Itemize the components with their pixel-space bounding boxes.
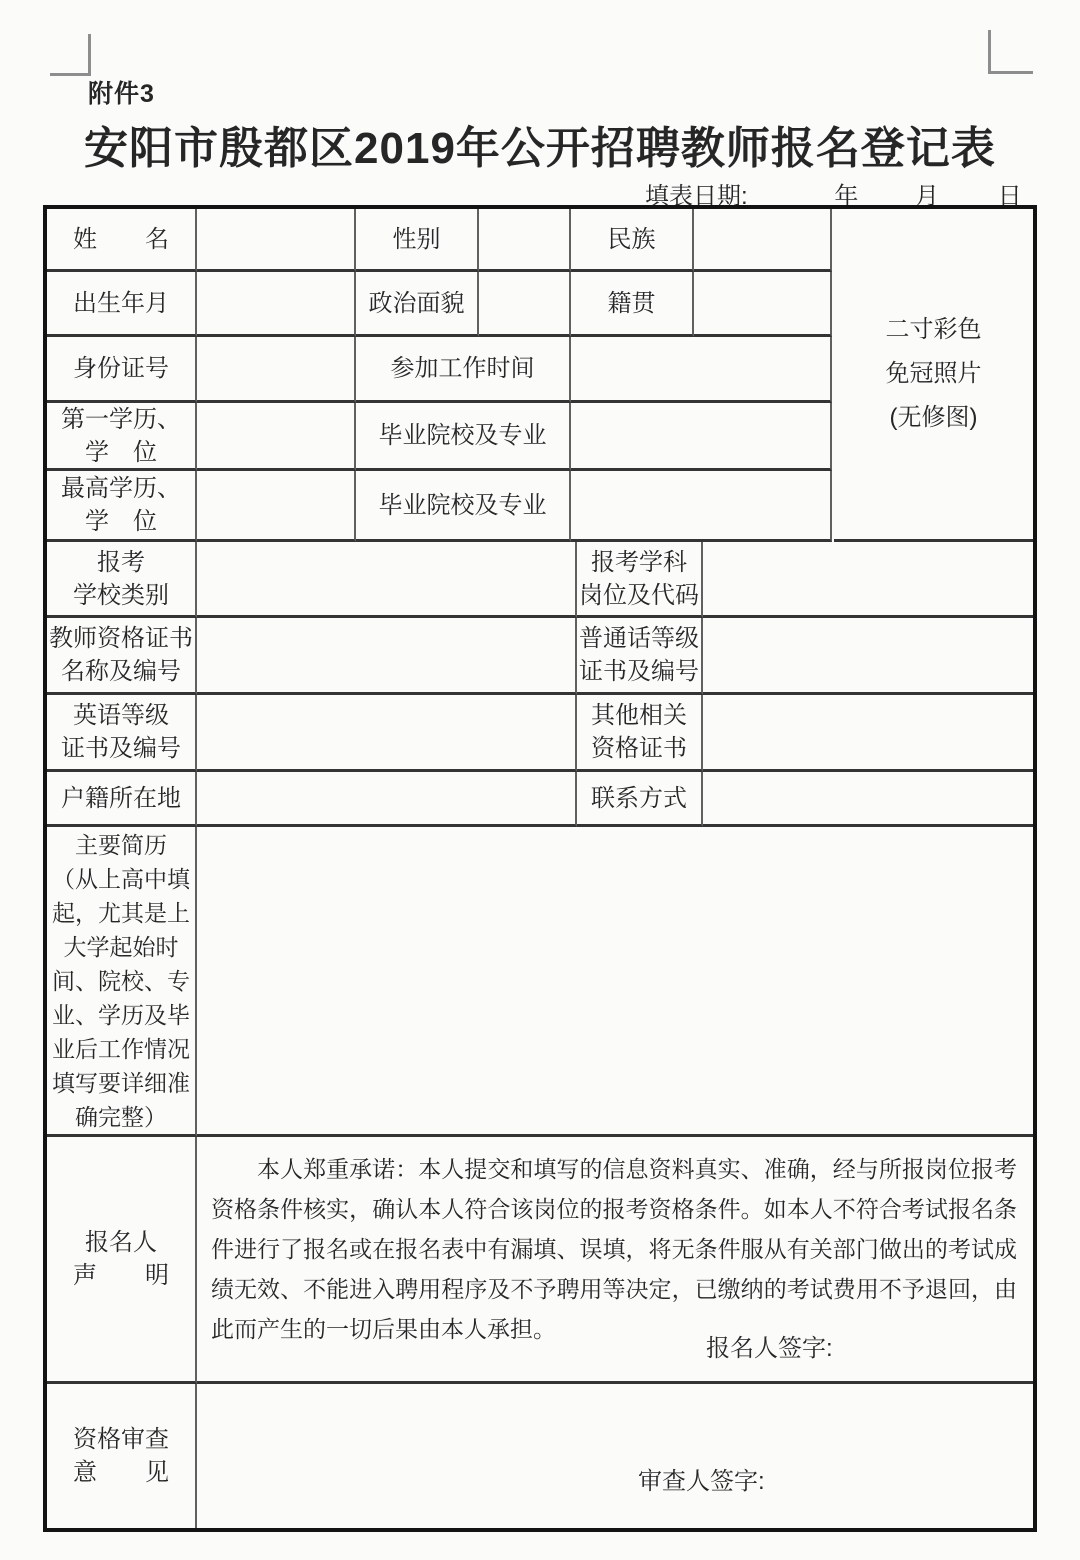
declaration-text: 本人郑重承诺：本人提交和填写的信息资料真实、准确，经与所报岗位报考资格条件核实，…: [211, 1149, 1017, 1349]
field-blank-teacher-cert: [197, 618, 577, 695]
field-blank-highest-school: [571, 471, 832, 542]
row-first-degree: 第一学历、 学 位 毕业院校及专业: [47, 403, 832, 471]
photo-box: 二寸彩色 免冠照片 (无修图): [834, 209, 1033, 542]
crop-mark-top-right-horizontal: [988, 71, 1033, 74]
review-opinion-cell: 审查人签字:: [197, 1384, 1033, 1528]
field-label-residence: 户籍所在地: [47, 772, 197, 827]
row-english-cert: 英语等级 证书及编号 其他相关 资格证书: [47, 695, 1033, 772]
field-blank-first-school: [571, 403, 832, 471]
applicant-signature-label: 报名人签字:: [706, 1332, 833, 1365]
field-label-english-cert: 英语等级 证书及编号: [47, 695, 197, 772]
field-blank-mandarin-cert: [703, 618, 1033, 695]
field-label-other-certs: 其他相关 资格证书: [577, 695, 703, 772]
field-label-first-degree: 第一学历、 学 位: [47, 403, 197, 471]
field-blank-native-place: [694, 272, 832, 337]
field-label-contact: 联系方式: [577, 772, 703, 827]
field-blank-residence: [197, 772, 577, 827]
field-blank-work-start: [571, 337, 832, 403]
row-declaration: 报名人 声 明 本人郑重承诺：本人提交和填写的信息资料真实、准确，经与所报岗位报…: [47, 1137, 1033, 1384]
field-label-gender: 性别: [356, 209, 479, 272]
attachment-label: 附件3: [88, 74, 155, 110]
field-label-mandarin-cert: 普通话等级 证书及编号: [577, 618, 703, 695]
field-label-review-opinion: 资格审查 意 见: [47, 1384, 197, 1528]
field-blank-resume: [197, 827, 1033, 1137]
field-label-resume: 主要简历 （从上高中填 起，尤其是上 大学起始时 间、院校、专 业、学历及毕 业…: [47, 827, 197, 1137]
field-label-highest-school: 毕业院校及专业: [356, 471, 571, 542]
crop-mark-top-left-vertical: [88, 34, 91, 76]
field-blank-ethnicity: [694, 209, 832, 272]
document-page: 附件3 安阳市殷都区2019年公开招聘教师报名登记表 填表日期: 年 月 日 二…: [0, 0, 1080, 1560]
field-label-subject-post-code: 报考学科 岗位及代码: [577, 542, 703, 618]
row-birth-political-native: 出生年月 政治面貌 籍贯: [47, 272, 832, 337]
field-label-ethnicity: 民族: [571, 209, 694, 272]
crop-mark-top-left-horizontal: [50, 73, 91, 76]
field-label-birth-date: 出生年月: [47, 272, 197, 337]
photo-instructions: 二寸彩色 免冠照片 (无修图): [886, 308, 982, 440]
row-name-gender-ethnicity: 姓 名 性别 民族: [47, 209, 832, 272]
row-teacher-cert: 教师资格证书 名称及编号 普通话等级 证书及编号: [47, 618, 1033, 695]
declaration-cell: 本人郑重承诺：本人提交和填写的信息资料真实、准确，经与所报岗位报考资格条件核实，…: [197, 1137, 1033, 1384]
row-review-opinion: 资格审查 意 见 审查人签字:: [47, 1384, 1033, 1528]
field-blank-first-degree: [197, 403, 356, 471]
row-highest-degree: 最高学历、 学 位 毕业院校及专业: [47, 471, 832, 542]
field-label-political-status: 政治面貌: [356, 272, 479, 337]
field-blank-english-cert: [197, 695, 577, 772]
field-blank-school-category: [197, 542, 577, 618]
field-blank-id-number: [197, 337, 356, 403]
field-blank-highest-degree: [197, 471, 356, 542]
field-blank-political-status: [479, 272, 571, 337]
field-label-school-category: 报考 学校类别: [47, 542, 197, 618]
reviewer-signature-label: 审查人签字:: [638, 1465, 765, 1498]
field-label-work-start: 参加工作时间: [356, 337, 571, 403]
form-title: 安阳市殷都区2019年公开招聘教师报名登记表: [0, 112, 1080, 176]
field-label-name: 姓 名: [47, 209, 197, 272]
crop-mark-top-right-vertical: [988, 30, 991, 74]
field-blank-gender: [479, 209, 571, 272]
field-blank-subject-post-code: [703, 542, 1033, 618]
field-label-highest-degree: 最高学历、 学 位: [47, 471, 197, 542]
field-blank-birth-date: [197, 272, 356, 337]
registration-form-table: 二寸彩色 免冠照片 (无修图) 姓 名 性别 民族 出生年月 政治面貌 籍贯 身…: [43, 205, 1037, 1532]
field-label-teacher-cert: 教师资格证书 名称及编号: [47, 618, 197, 695]
row-resume: 主要简历 （从上高中填 起，尤其是上 大学起始时 间、院校、专 业、学历及毕 业…: [47, 827, 1033, 1137]
field-label-first-school: 毕业院校及专业: [356, 403, 571, 471]
row-school-category: 报考 学校类别 报考学科 岗位及代码: [47, 542, 1033, 618]
field-label-native-place: 籍贯: [571, 272, 694, 337]
row-residence-contact: 户籍所在地 联系方式: [47, 772, 1033, 827]
field-blank-contact: [703, 772, 1033, 827]
row-id-workstart: 身份证号 参加工作时间: [47, 337, 832, 403]
field-label-declaration: 报名人 声 明: [47, 1137, 197, 1384]
field-label-id-number: 身份证号: [47, 337, 197, 403]
field-blank-name: [197, 209, 356, 272]
field-blank-other-certs: [703, 695, 1033, 772]
